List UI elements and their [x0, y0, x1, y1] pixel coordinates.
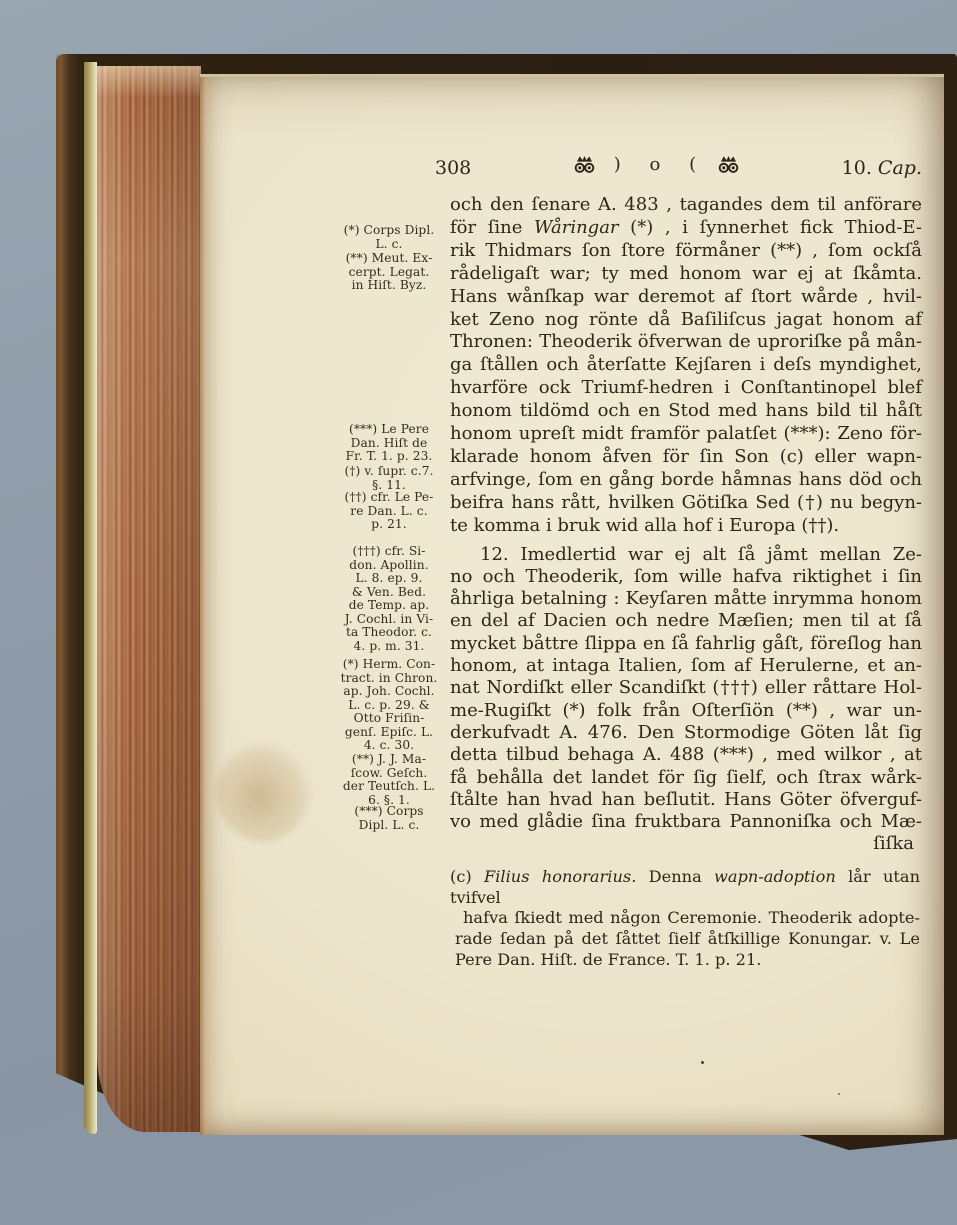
margin-note-line: ſcow. Geſch. [330, 767, 448, 781]
text-line: honom tildömd och en Stod med hans bild … [450, 400, 922, 423]
paragraph-2: 12. Imedlertid war ej alt ſå jåmt mellan… [450, 544, 922, 834]
margin-note-line: Dipl. L. c. [330, 819, 448, 833]
margin-note-line: 4. c. 30. [330, 739, 448, 753]
text-line: ſtålte han hvad han beſlutit. Hans Göter… [450, 789, 922, 811]
margin-note-line: J. Cochl. in Vi- [330, 613, 448, 627]
text-line: derkufvadt A. 476. Den Stormodige Göten … [450, 722, 922, 744]
text-line: Hans wånſkap war deremot af ſtort wårde … [450, 286, 922, 309]
margin-note-line: (*) Herm. Con- [330, 658, 448, 672]
margin-note: (†) v. ſupr. c.7.§. 11. [330, 465, 448, 492]
margin-notes-column: (*) Corps Dipl.L. c.(**) Meut. Ex-cerpt.… [330, 0, 448, 1225]
chapter-heading: 10. Cap. [842, 157, 922, 179]
margin-note-line: (†) v. ſupr. c.7. [330, 465, 448, 479]
catchword: ſiſka [450, 833, 922, 855]
text-line: rik Thidmars ſon ſtore förmåner (**) , ſ… [450, 240, 922, 263]
text-line: ga ſtållen och återſatte Kejſaren i deſs… [450, 354, 922, 377]
margin-note-line: L. 8. ep. 9. [330, 572, 448, 586]
fleuron-right-icon [716, 155, 741, 174]
page-speck [838, 1093, 840, 1095]
margin-note-line: (†††) cfr. Si- [330, 545, 448, 559]
text-line: 12. Imedlertid war ej alt ſå jåmt mellan… [450, 544, 922, 566]
margin-note: (**) J. J. Ma-ſcow. Geſch.der Teutſch. L… [330, 753, 448, 807]
footnote: (c) Filius honorarius. Denna wapn-adopti… [450, 867, 920, 971]
margin-note: (†††) cfr. Si-don. Apollin.L. 8. ep. 9.&… [330, 545, 448, 653]
text-line: mycket båttre ſlippa en ſå fahrlig gåſt,… [450, 633, 922, 655]
margin-note-line: 4. p. m. 31. [330, 640, 448, 654]
margin-note-line: (***) Corps [330, 805, 448, 819]
fleuron-left-icon [572, 155, 597, 174]
text-line: rådeligaſt war; ty med honom war ej at ſ… [450, 263, 922, 286]
page-speck [701, 1061, 704, 1064]
margin-note-line: der Teutſch. L. [330, 780, 448, 794]
chapter-number: 10. [842, 157, 878, 179]
margin-note-line: Otto Friſin- [330, 712, 448, 726]
margin-note-line: L. c. [330, 238, 448, 252]
text-line: vo med glådie ſina fruktbara Pannoniſka … [450, 811, 922, 833]
text-line: honom, at intaga Italien, ſom af Heruler… [450, 655, 922, 677]
book-endpaper-edge [84, 62, 97, 1134]
ornament-text: ) o ( [608, 154, 705, 175]
margin-note: (***) Le PereDan. Hiſt deFr. T. 1. p. 23… [330, 423, 448, 464]
margin-note-line: in Hiſt. Byz. [330, 279, 448, 293]
margin-note-line: ap. Joh. Cochl. [330, 685, 448, 699]
text-line: beifra hans rått, hvilken Götiſka Sed (†… [450, 492, 922, 515]
margin-note-line: ta Theodor. c. [330, 626, 448, 640]
text-line: en del af Dacien och nedre Mæſien; men t… [450, 610, 922, 632]
text-line: för ſine Wåringar (*) , i ſynnerhet fick… [450, 217, 922, 240]
text-line: nat Nordiſkt eller Scandiſkt (†††) eller… [450, 677, 922, 699]
margin-note-line: L. c. p. 29. & [330, 699, 448, 713]
margin-note-line: re Dan. L. c. [330, 505, 448, 519]
header-ornament: ) o ( [572, 154, 741, 175]
text-line: arfvinge, ſom en gång borde håmnas hans … [450, 469, 922, 492]
text-line: (c) Filius honorarius. Denna wapn-adopti… [450, 867, 920, 908]
margin-note-line: Fr. T. 1. p. 23. [330, 450, 448, 464]
margin-note: (††) cfr. Le Pe-re Dan. L. c.p. 21. [330, 491, 448, 532]
text-line: no och Theoderik, ſom wille hafva riktig… [450, 566, 922, 588]
text-line: Pere Dan. Hiſt. de France. T. 1. p. 21. [450, 950, 920, 971]
margin-note: (*) Corps Dipl.L. c. [330, 224, 448, 251]
margin-note-line: p. 21. [330, 518, 448, 532]
text-line: honom upreſt midt framför palatſet (***)… [450, 423, 922, 446]
margin-note-line: cerpt. Legat. [330, 266, 448, 280]
chapter-label: Cap. [878, 157, 922, 179]
margin-note-line: (***) Le Pere [330, 423, 448, 437]
page-stain [216, 742, 312, 842]
body-text: och den ſenare A. 483 , tagandes dem til… [450, 194, 922, 856]
photo-background: 308 ) o ( 10. [0, 0, 957, 1225]
footnote-lines: (c) Filius honorarius. Denna wapn-adopti… [450, 867, 920, 971]
margin-note-line: tract. in Chron. [330, 672, 448, 686]
margin-note-line: (*) Corps Dipl. [330, 224, 448, 238]
text-line: ket Zeno nog rönte då Baſiliſcus jagat h… [450, 309, 922, 332]
text-line: få behålla det landet för ſig ſielf, och… [450, 767, 922, 789]
text-line: åhrliga betalning : Keyſaren måtte inrym… [450, 588, 922, 610]
margin-note-line: de Temp. ap. [330, 599, 448, 613]
text-line: detta tilbud behaga A. 488 (***) , med w… [450, 744, 922, 766]
text-line: te komma i bruk wid alla hof i Europa (†… [450, 515, 922, 538]
text-line: rade ſedan på det ſåttet ſielf åtſkillig… [450, 929, 920, 950]
page-header: 308 ) o ( 10. [435, 154, 922, 179]
text-line: me-Rugiſkt (*) folk från Oſterſiön (**) … [450, 700, 922, 722]
text-line: klarade honom åfven för ſin Son (c) elle… [450, 446, 922, 469]
margin-note-line: (**) Meut. Ex- [330, 252, 448, 266]
text-line: hafva ſkiedt med någon Ceremonie. Theode… [450, 908, 920, 929]
margin-note-line: genſ. Epiſc. L. [330, 726, 448, 740]
text-line: Thronen: Theoderik öfverwan de uproriſke… [450, 331, 922, 354]
margin-note: (*) Herm. Con-tract. in Chron.ap. Joh. C… [330, 658, 448, 753]
margin-note-line: (††) cfr. Le Pe- [330, 491, 448, 505]
margin-note-line: & Ven. Bed. [330, 586, 448, 600]
margin-note-line: (**) J. J. Ma- [330, 753, 448, 767]
paragraph-1: och den ſenare A. 483 , tagandes dem til… [450, 194, 922, 538]
margin-note: (**) Meut. Ex-cerpt. Legat.in Hiſt. Byz. [330, 252, 448, 293]
text-line: hvarföre ock Triumf-hedren i Conſtantino… [450, 377, 922, 400]
margin-note-line: don. Apollin. [330, 559, 448, 573]
margin-note-line: Dan. Hiſt de [330, 437, 448, 451]
text-line: och den ſenare A. 483 , tagandes dem til… [450, 194, 922, 217]
book-fore-edge [97, 66, 201, 1132]
margin-note: (***) CorpsDipl. L. c. [330, 805, 448, 832]
